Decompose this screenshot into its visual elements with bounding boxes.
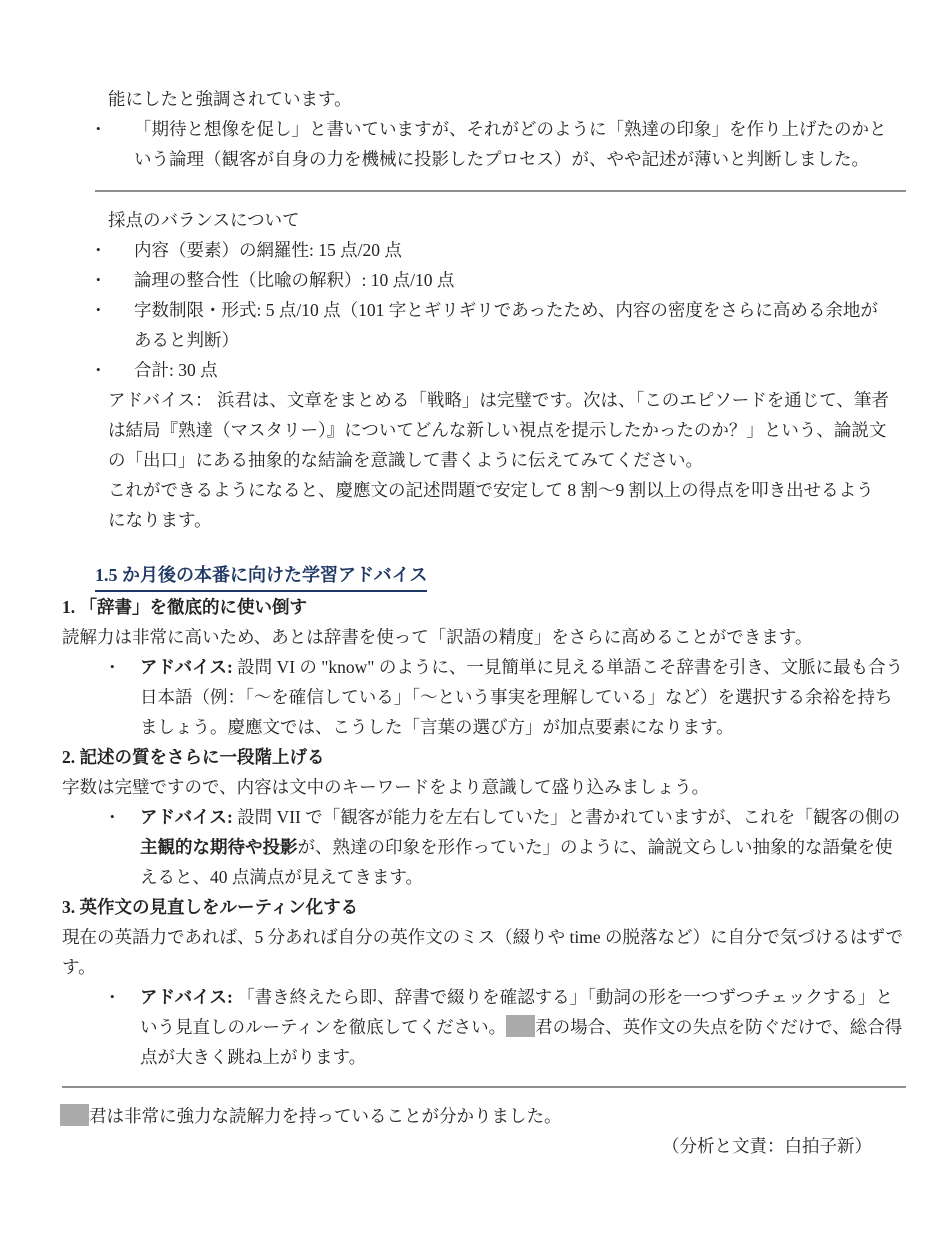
advice-item-3-body: 現在の英語力であれば、5 分あれば自分の英作文のミス（綴りや time の脱落な… xyxy=(62,922,906,982)
bullet-icon: • xyxy=(94,265,134,295)
score-word-limit-format: 字数制限・形式: 5 点/10 点（101 字とギリギリであったため、内容の密度… xyxy=(134,295,890,355)
advice-item-1-title: 1. 「辞書」を徹底的に使い倒す xyxy=(62,592,906,622)
credit-line: （分析と文責：白拍子新） xyxy=(62,1131,906,1161)
list-item: • アドバイス: 設問 VI の "know" のように、一見簡単に見える単語こ… xyxy=(108,652,906,742)
score-logic-consistency: 論理の整合性（比喩の解釈）: 10 点/10 点 xyxy=(134,265,890,295)
document-page: 能にしたと強調されています。 • 「期待と想像を促し」と書いていますが、それがど… xyxy=(0,0,934,1246)
study-advice-heading-row: 1.5 か月後の本番に向けた学習アドバイス xyxy=(62,535,906,592)
list-item: • アドバイス: 「書き終えたら即、辞書で綴りを確認する」「動詞の形を一つずつチ… xyxy=(108,982,906,1072)
closing-statement: 君は非常に強力な読解力を持っていることが分かりました。 xyxy=(62,1101,906,1131)
result-paragraph: これができるようになると、慶應文の記述問題で安定して 8 割〜9 割以上の得点を… xyxy=(108,475,890,535)
advice-label: アドバイス: xyxy=(140,987,233,1007)
advice-item-2-title: 2. 記述の質をさらに一段階上げる xyxy=(62,742,906,772)
bullet-icon: • xyxy=(108,652,140,682)
bullet-icon: • xyxy=(94,235,134,265)
advice-item-2-body: 字数は完璧ですので、内容は文中のキーワードをより意識して盛り込みましょう。 xyxy=(62,772,906,802)
redacted-name-box xyxy=(506,1015,535,1037)
closing-section: 君は非常に強力な読解力を持っていることが分かりました。 （分析と文責：白拍子新） xyxy=(62,1101,906,1161)
list-item: • 「期待と想像を促し」と書いていますが、それがどのように「熟達の印象」を作り上… xyxy=(108,114,890,174)
section-divider xyxy=(62,1086,906,1088)
list-item: • アドバイス: 設問 VII で「観客が能力を左右していた」と書かれていますが… xyxy=(108,802,906,892)
list-item: • 論理の整合性（比喩の解釈）: 10 点/10 点 xyxy=(108,265,890,295)
score-content-coverage: 内容（要素）の網羅性: 15 点/20 点 xyxy=(134,235,890,265)
bullet-icon: • xyxy=(108,982,140,1012)
advice-item-2: 2. 記述の質をさらに一段階上げる 字数は完璧ですので、内容は文中のキーワードを… xyxy=(62,742,906,892)
study-advice-heading: 1.5 か月後の本番に向けた学習アドバイス xyxy=(95,561,427,592)
bullet-icon: • xyxy=(94,355,134,385)
advice-text: 設問 VI の "know" のように、一見簡単に見える単語こそ辞書を引き、文脈… xyxy=(140,657,903,737)
bullet-icon: • xyxy=(94,295,134,325)
advice-label: アドバイス: xyxy=(140,657,233,677)
section-divider xyxy=(95,190,906,192)
closing-statement-text: 君は非常に強力な読解力を持っていることが分かりました。 xyxy=(89,1106,562,1126)
scoring-section: 採点のバランスについて • 内容（要素）の網羅性: 15 点/20 点 • 論理… xyxy=(108,205,890,535)
advice-item-1-bullet: アドバイス: 設問 VI の "know" のように、一見簡単に見える単語こそ辞… xyxy=(140,652,906,742)
advice-bold-phrase: 主観的な期待や投影 xyxy=(140,837,298,857)
advice-item-1-body: 読解力は非常に高いため、あとは辞書を使って「訳語の精度」をさらに高めることができ… xyxy=(62,622,906,652)
list-item: • 内容（要素）の網羅性: 15 点/20 点 xyxy=(108,235,890,265)
advice-item-3-bullet: アドバイス: 「書き終えたら即、辞書で綴りを確認する」「動詞の形を一つずつチェッ… xyxy=(140,982,906,1072)
advice-label: アドバイス: xyxy=(140,807,233,827)
bullet-icon: • xyxy=(94,114,134,144)
top-section: 能にしたと強調されています。 • 「期待と想像を促し」と書いていますが、それがど… xyxy=(108,84,890,174)
bullet-icon: • xyxy=(108,802,140,832)
advice-item-2-bullet: アドバイス: 設問 VII で「観客が能力を左右していた」と書かれていますが、こ… xyxy=(140,802,906,892)
advice-item-1: 1. 「辞書」を徹底的に使い倒す 読解力は非常に高いため、あとは辞書を使って「訳… xyxy=(62,592,906,742)
list-item: • 合計: 30 点 xyxy=(108,355,890,385)
continuation-paragraph: 能にしたと強調されています。 xyxy=(108,84,890,114)
list-item: • 字数制限・形式: 5 点/10 点（101 字とギリギリであったため、内容の… xyxy=(108,295,890,355)
score-total: 合計: 30 点 xyxy=(134,355,890,385)
advice-paragraph: アドバイス： 浜君は、文章をまとめる「戦略」は完璧です。次は、「このエピソードを… xyxy=(108,385,890,475)
redacted-name-box xyxy=(60,1104,89,1126)
advice-item-3-title: 3. 英作文の見直しをルーティン化する xyxy=(62,892,906,922)
scoring-heading: 採点のバランスについて xyxy=(108,205,890,235)
bullet-text: 「期待と想像を促し」と書いていますが、それがどのように「熟達の印象」を作り上げた… xyxy=(134,114,890,174)
advice-text: 設問 VII で「観客が能力を左右していた」と書かれていますが、これを「観客の側… xyxy=(233,807,900,827)
advice-item-3: 3. 英作文の見直しをルーティン化する 現在の英語力であれば、5 分あれば自分の… xyxy=(62,892,906,1072)
